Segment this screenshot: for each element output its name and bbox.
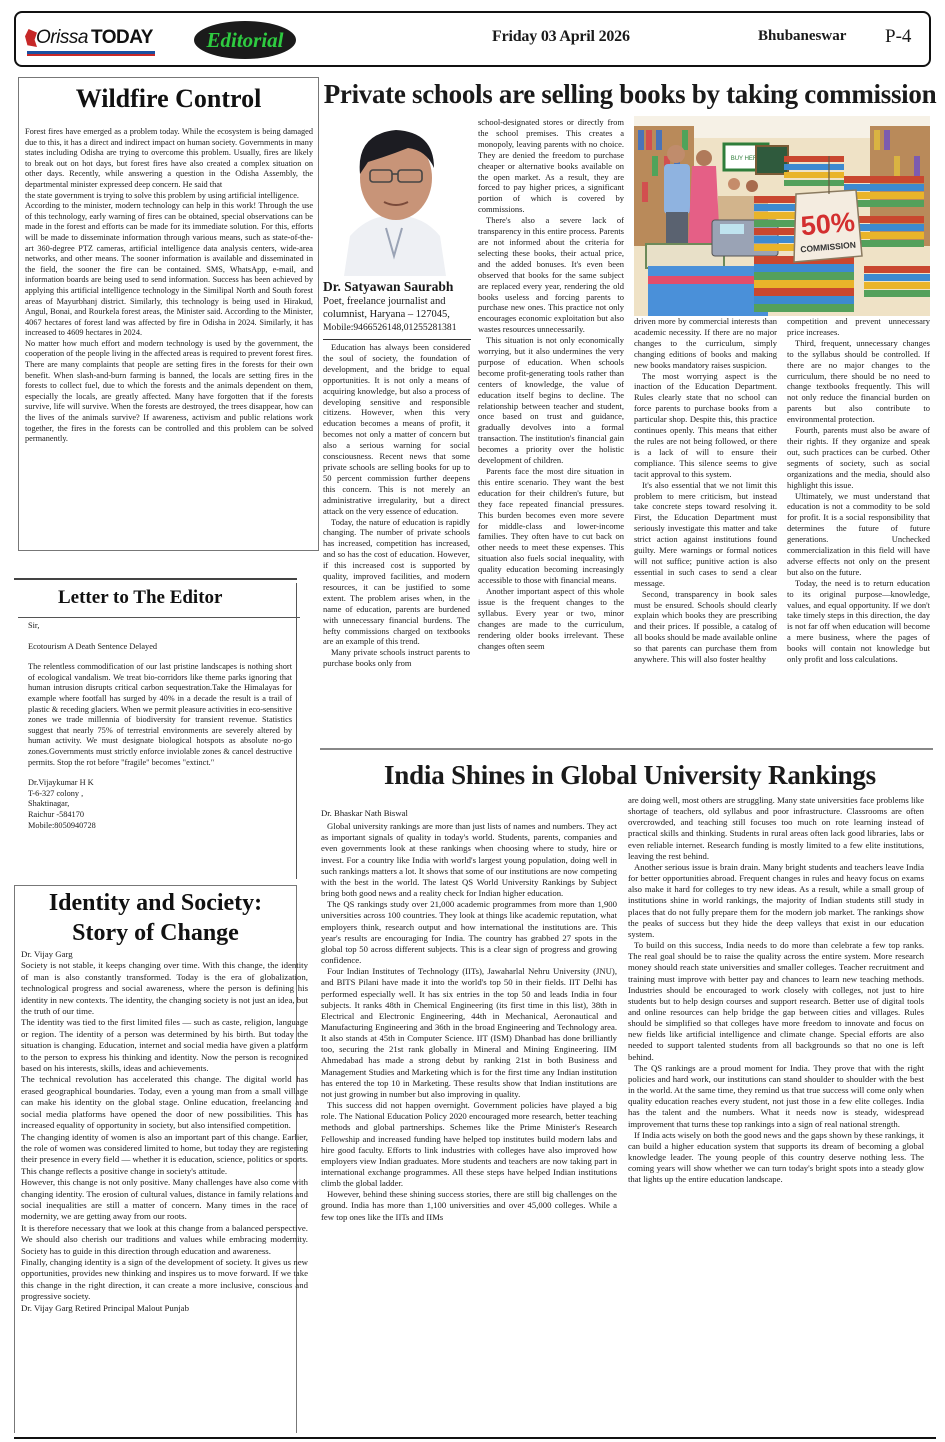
paragraph: No matter how much effort and modern tec… [25, 339, 313, 445]
author-photo [330, 116, 458, 276]
paragraph: However, behind these shining success st… [321, 1189, 617, 1222]
paragraph: According to the minister, modern techno… [25, 201, 313, 339]
article-body: Forest fires have emerged as a problem t… [25, 127, 313, 445]
article-column-3: driven more by commercial interests than… [634, 316, 777, 665]
identity-society-article: Identity and Society: Story of Change Dr… [14, 885, 297, 1433]
paragraph: driven more by commercial interests than… [634, 316, 777, 371]
article-column-4: competition and prevent unnecessary pric… [787, 316, 930, 665]
section-title: Letter to The Editor [18, 583, 300, 618]
signature-name: Dr.Vijaykumar H K [28, 778, 292, 789]
paragraph: Finally, changing identity is a sign of … [21, 1257, 308, 1303]
divider [320, 748, 933, 750]
title-line: Story of Change [72, 920, 239, 946]
signature-address: T-6-327 colony , [28, 789, 292, 800]
logo-text-orissa: Orissa [36, 27, 88, 49]
paragraph: This situation is not only economically … [478, 335, 624, 466]
author-credit: Dr. Satyawan Saurabh Poet, freelance jou… [323, 279, 473, 334]
svg-text:50%: 50% [800, 207, 856, 242]
salutation: Sir, [28, 621, 292, 632]
article-body: Dr. Vijay Garg Society is not stable, it… [21, 949, 308, 1314]
paragraph: school-designated stores or directly fro… [478, 117, 624, 215]
paragraph: Ultimately, we must understand that educ… [787, 491, 930, 578]
signature-mobile: Mobile:8050940728 [28, 821, 292, 832]
byline: Dr. Bhaskar Nath Biswal [321, 808, 617, 819]
article-column-2: school-designated stores or directly fro… [478, 117, 624, 651]
author-name: Dr. Satyawan Saurabh [323, 279, 473, 295]
paragraph: Fourth, parents must also be aware of th… [787, 425, 930, 490]
author-description: Poet, freelance journalist and [323, 295, 473, 308]
paragraph: It is therefore necessary that we look a… [21, 1223, 308, 1257]
divider [323, 339, 471, 340]
paragraph: Parents face the most dire situation in … [478, 466, 624, 586]
paragraph: Society is not stable, it keeps changing… [21, 960, 308, 1017]
paragraph: The changing identity of women is also a… [21, 1132, 308, 1178]
article-title: India Shines in Global University Rankin… [320, 760, 940, 791]
byline: Dr. Vijay Garg [21, 949, 308, 960]
article-title: Private schools are selling books by tak… [320, 79, 940, 110]
article-column-2: are doing well, most others are struggli… [628, 795, 924, 1185]
paragraph: Global university rankings are more than… [321, 821, 617, 899]
paragraph: the state government is trying to solve … [25, 191, 313, 202]
letter-subject: Ecotourism A Death Sentence Delayed [28, 642, 292, 653]
article-title: Wildfire Control [19, 84, 318, 114]
issue-date: Friday 03 April 2026 [492, 28, 630, 46]
section-label: Editorial [206, 28, 283, 53]
paragraph: If India acts wisely on both the good ne… [628, 1130, 924, 1186]
edition-city: Bhubaneswar [758, 28, 846, 45]
author-contact: Mobile:9466526148,01255281381 [323, 321, 473, 334]
article-column-1: Education has always been considered the… [323, 342, 470, 669]
paragraph: The most worrying aspect is the inaction… [634, 371, 777, 480]
orissa-today-logo[interactable]: Orissa TODAY [25, 27, 165, 57]
editorial-badge: Editorial [194, 21, 296, 59]
paragraph: There's also a severe lack of transparen… [478, 215, 624, 335]
paragraph: competition and prevent unnecessary pric… [787, 316, 930, 338]
page-bottom-rule [14, 1437, 936, 1439]
paragraph: Another important aspect of this whole i… [478, 586, 624, 651]
letter-body: Sir, Ecotourism A Death Sentence Delayed… [28, 621, 292, 831]
paragraph: The QS rankings study over 21,000 academ… [321, 899, 617, 966]
paragraph: Today, the nature of education is rapidl… [323, 517, 470, 648]
paragraph: Another serious issue is brain drain. Ma… [628, 862, 924, 940]
paragraph: Forest fires have emerged as a problem t… [25, 127, 313, 191]
paragraph: Many private schools instruct parents to… [323, 647, 470, 669]
paragraph: Education has always been considered the… [323, 342, 470, 517]
paragraph: This success did not happen overnight. G… [321, 1100, 617, 1189]
author-note: Dr. Vijay Garg Retired Principal Malout … [21, 1303, 308, 1314]
author-description: columnist, Haryana – 127045, [323, 308, 473, 321]
paragraph: The identity was tied to the first limit… [21, 1017, 308, 1074]
paragraph: However, this change is not only positiv… [21, 1177, 308, 1223]
letter-to-editor: Letter to The Editor Sir, Ecotourism A D… [18, 583, 297, 879]
paragraph: are doing well, most others are struggli… [628, 795, 924, 862]
wildfire-editorial: Wildfire Control Forest fires have emerg… [18, 77, 319, 551]
logo-underline-red [27, 54, 155, 56]
divider [14, 578, 297, 580]
paragraph: Four Indian Institutes of Technology (II… [321, 966, 617, 1100]
signature-address: Raichur -584170 [28, 810, 292, 821]
paragraph: The QS rankings are a proud moment for I… [628, 1063, 924, 1130]
paragraph: To build on this success, India needs to… [628, 940, 924, 1063]
article-column-1: Dr. Bhaskar Nath Biswal Global universit… [321, 808, 617, 1223]
article-title: Identity and Society: Story of Change [15, 888, 296, 948]
letter-text: The relentless commodification of our la… [28, 662, 292, 768]
title-line: Identity and Society: [49, 890, 262, 916]
masthead: Orissa TODAY Editorial Friday 03 April 2… [14, 11, 931, 67]
signature-address: Shaktinagar, [28, 799, 292, 810]
paragraph: Second, transparency in book sales must … [634, 589, 777, 665]
logo-text-today: TODAY [91, 27, 153, 49]
paragraph: The technical revolution has accelerated… [21, 1074, 308, 1131]
page-number: P-4 [885, 26, 911, 48]
bookstore-commission-illustration: BUY HERE 50% COMMISSION [634, 116, 930, 316]
paragraph: Today, the need is to return education t… [787, 578, 930, 665]
paragraph: Third, frequent, unnecessary changes to … [787, 338, 930, 425]
paragraph: It's also essential that we not limit th… [634, 480, 777, 589]
